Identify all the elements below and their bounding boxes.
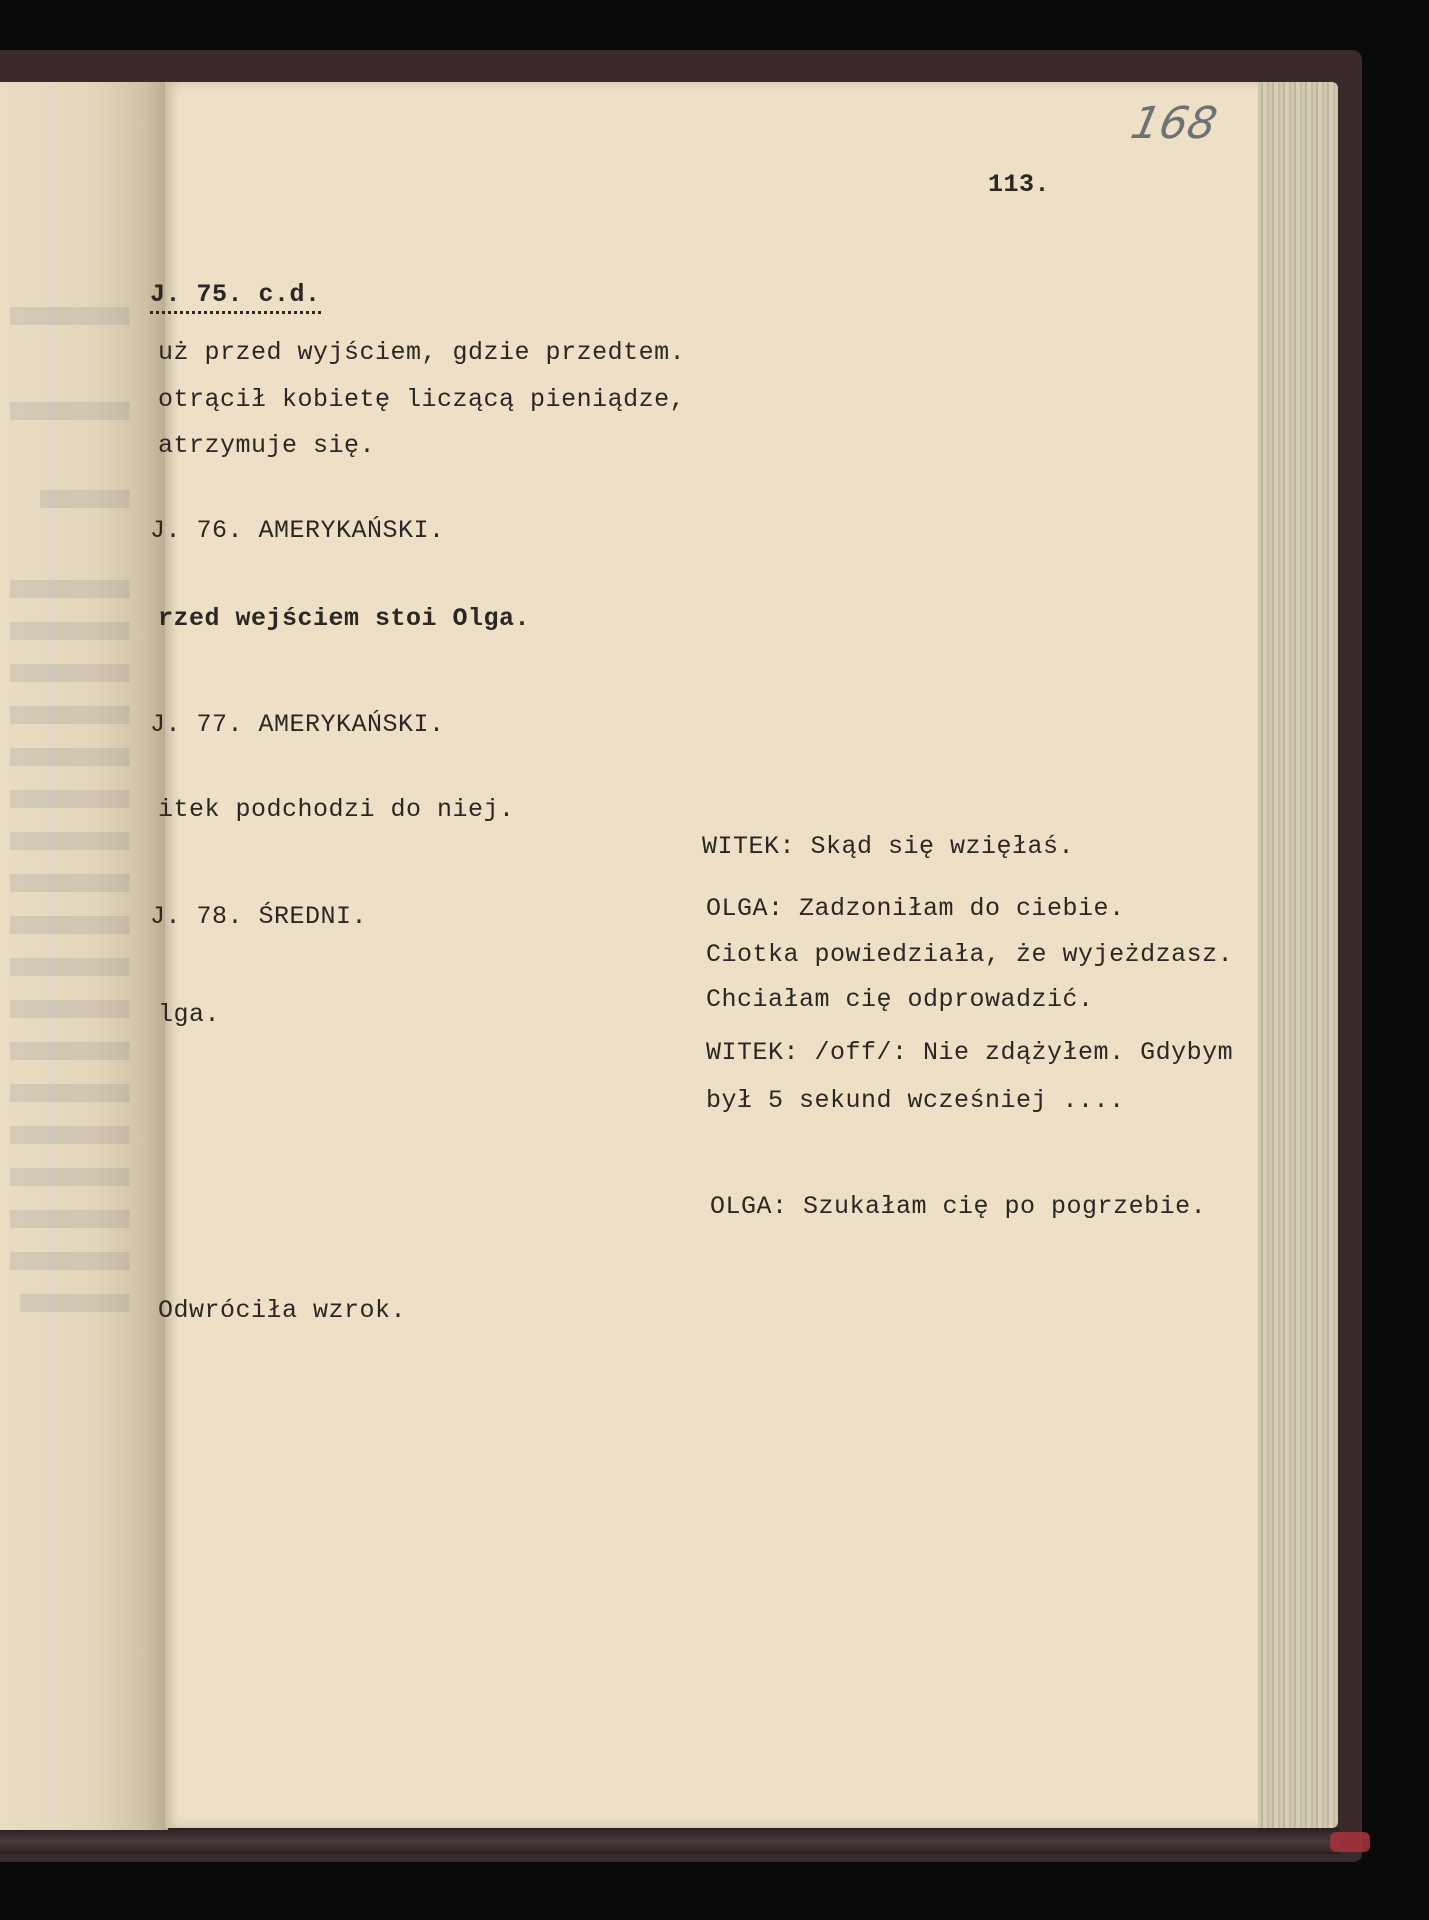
bleed-through-text [10,1252,130,1270]
bleed-through-text [10,1042,130,1060]
bleed-through-text [10,1168,130,1186]
dialogue-line: był 5 sekund wcześniej .... [706,1088,1125,1113]
action-line: Odwróciła wzrok. [158,1298,406,1323]
bleed-through-text [10,748,130,766]
handwritten-folio-number: 168 [1127,98,1222,149]
bleed-through-text [40,490,130,508]
dialogue-line: OLGA: Szukałam cię po pogrzebie. [710,1194,1206,1219]
bleed-through-text [20,1294,130,1312]
bleed-through-text [10,790,130,808]
dialogue-line: Ciotka powiedziała, że wyjeżdzasz. [706,942,1233,967]
action-line: atrzymuje się. [158,433,375,458]
bleed-through-text [10,1126,130,1144]
scene-heading: J. 77. AMERYKAŃSKI. [150,712,445,737]
action-line: lga. [158,1002,220,1027]
bleed-through-text [10,580,130,598]
bleed-through-text [10,832,130,850]
bleed-through-text [10,1000,130,1018]
bleed-through-text [10,1210,130,1228]
dialogue-line: WITEK: Skąd się wzięłaś. [702,834,1074,859]
scene-heading: J. 78. ŚREDNI. [150,904,367,929]
bleed-through-text [10,664,130,682]
bleed-through-text [10,402,130,420]
action-line: uż przed wyjściem, gdzie przedtem. [158,340,685,365]
scene-heading: J. 76. AMERYKAŃSKI. [150,518,445,543]
book-cover-bottom-edge [0,1828,1340,1854]
dialogue-line: Chciałam cię odprowadzić. [706,987,1094,1012]
scene-heading: J. 75. c.d. [150,282,321,314]
page-edges [1258,82,1338,1828]
action-line: itek podchodzi do niej. [158,797,515,822]
bleed-through-text [10,307,130,325]
page-number: 113. [988,172,1050,197]
bleed-through-text [10,1084,130,1102]
left-page [0,82,168,1830]
dialogue-line: WITEK: /off/: Nie zdążyłem. Gdybym [706,1040,1233,1065]
bleed-through-text [10,916,130,934]
bleed-through-text [10,958,130,976]
bleed-through-text [10,622,130,640]
action-line: rzed wejściem stoi Olga. [158,606,530,631]
bleed-through-text [10,874,130,892]
bookmark-ribbon [1330,1832,1370,1852]
bleed-through-text [10,706,130,724]
dialogue-line: OLGA: Zadzoniłam do ciebie. [706,896,1125,921]
action-line: otrącił kobietę liczącą pieniądze, [158,387,685,412]
page-crease [52,82,54,1830]
